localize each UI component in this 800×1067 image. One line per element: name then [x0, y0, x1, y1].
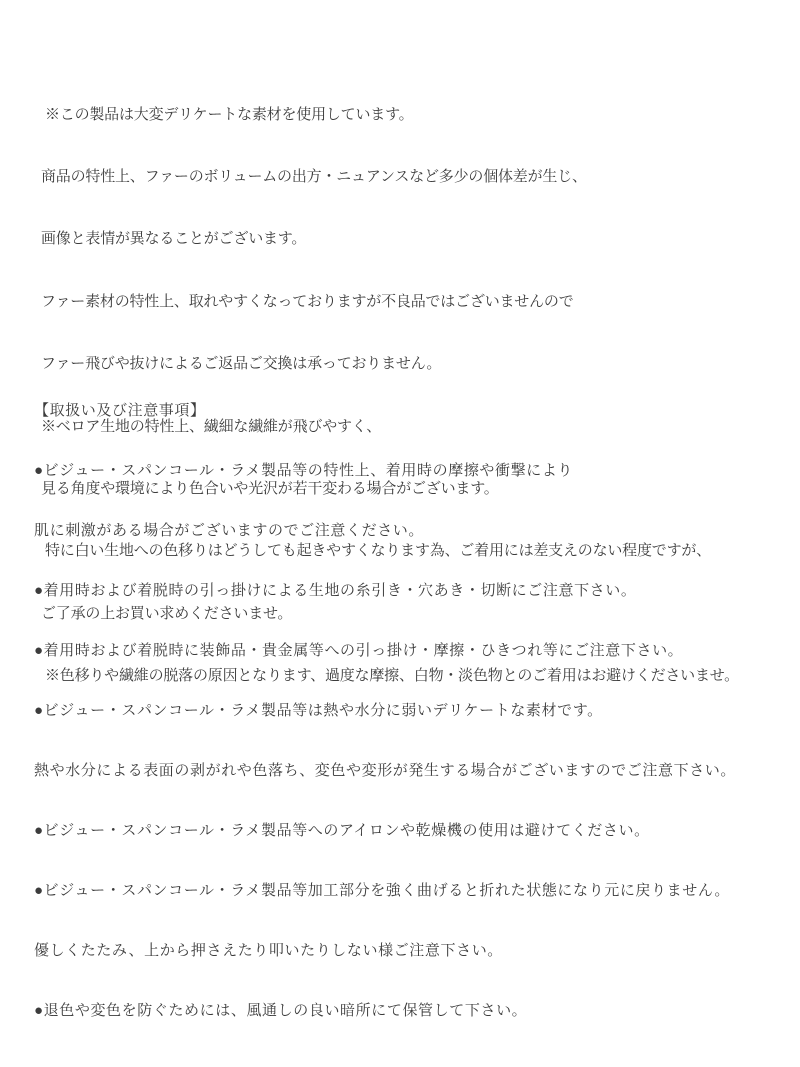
material-notice-line: 画像と表情が異なることがございます。 — [41, 229, 739, 250]
material-notice-line: 商品の特性上、ファーのボリュームの出方・ニュアンスなど多少の個体差が生じ、 — [41, 167, 739, 188]
handling-notes-line: ●着用時および着脱時に装飾品・貴金属等への引っ掛け・摩擦・ひきつれ等にご注意下さ… — [34, 641, 736, 661]
handling-notes-line: ●ビジュー・スパンコール・ラメ製品等は熱や水分に弱いデリケートな素材です。 — [34, 701, 736, 721]
handling-notes-block: 【取扱い及び注意事項】 ●ビジュー・スパンコール・ラメ製品等の特性上、着用時の摩… — [34, 361, 736, 1041]
handling-notes-line: ●ビジュー・スパンコール・ラメ製品等へのアイロンや乾燥機の使用は避けてください。 — [34, 821, 736, 841]
handling-notes-line: ●ビジュー・スパンコール・ラメ製品等加工部分を強く曲げると折れた状態になり元に戻… — [34, 881, 736, 901]
handling-notes-line: ●退色や変色を防ぐためには、風通しの良い暗所にて保管して下さい。 — [34, 1001, 736, 1021]
material-notice-line: ※この製品は大変デリケートな素材を使用しています。 — [41, 105, 739, 126]
handling-notes-line: ●ビジュー・スパンコール・ラメ製品等の特性上、着用時の摩擦や衝撃により — [34, 461, 736, 481]
handling-notes-line: ●着用時および着脱時の引っ掛けによる生地の糸引き・穴あき・切断にご注意下さい。 — [34, 581, 736, 601]
handling-notes-line: 肌に刺激がある場合がございますのでご注意ください。 — [34, 521, 736, 541]
handling-notes-heading: 【取扱い及び注意事項】 — [34, 401, 736, 421]
handling-notes-line: 熱や水分による表面の剥がれや色落ち、変色や変形が発生する場合がございますのでご注… — [34, 761, 736, 781]
handling-notes-line: 優しくたたみ、上から押さえたり叩いたりしない様ご注意下さい。 — [34, 941, 736, 961]
material-notice-line: ファー素材の特性上、取れやすくなっておりますが不良品ではございませんので — [41, 292, 739, 313]
